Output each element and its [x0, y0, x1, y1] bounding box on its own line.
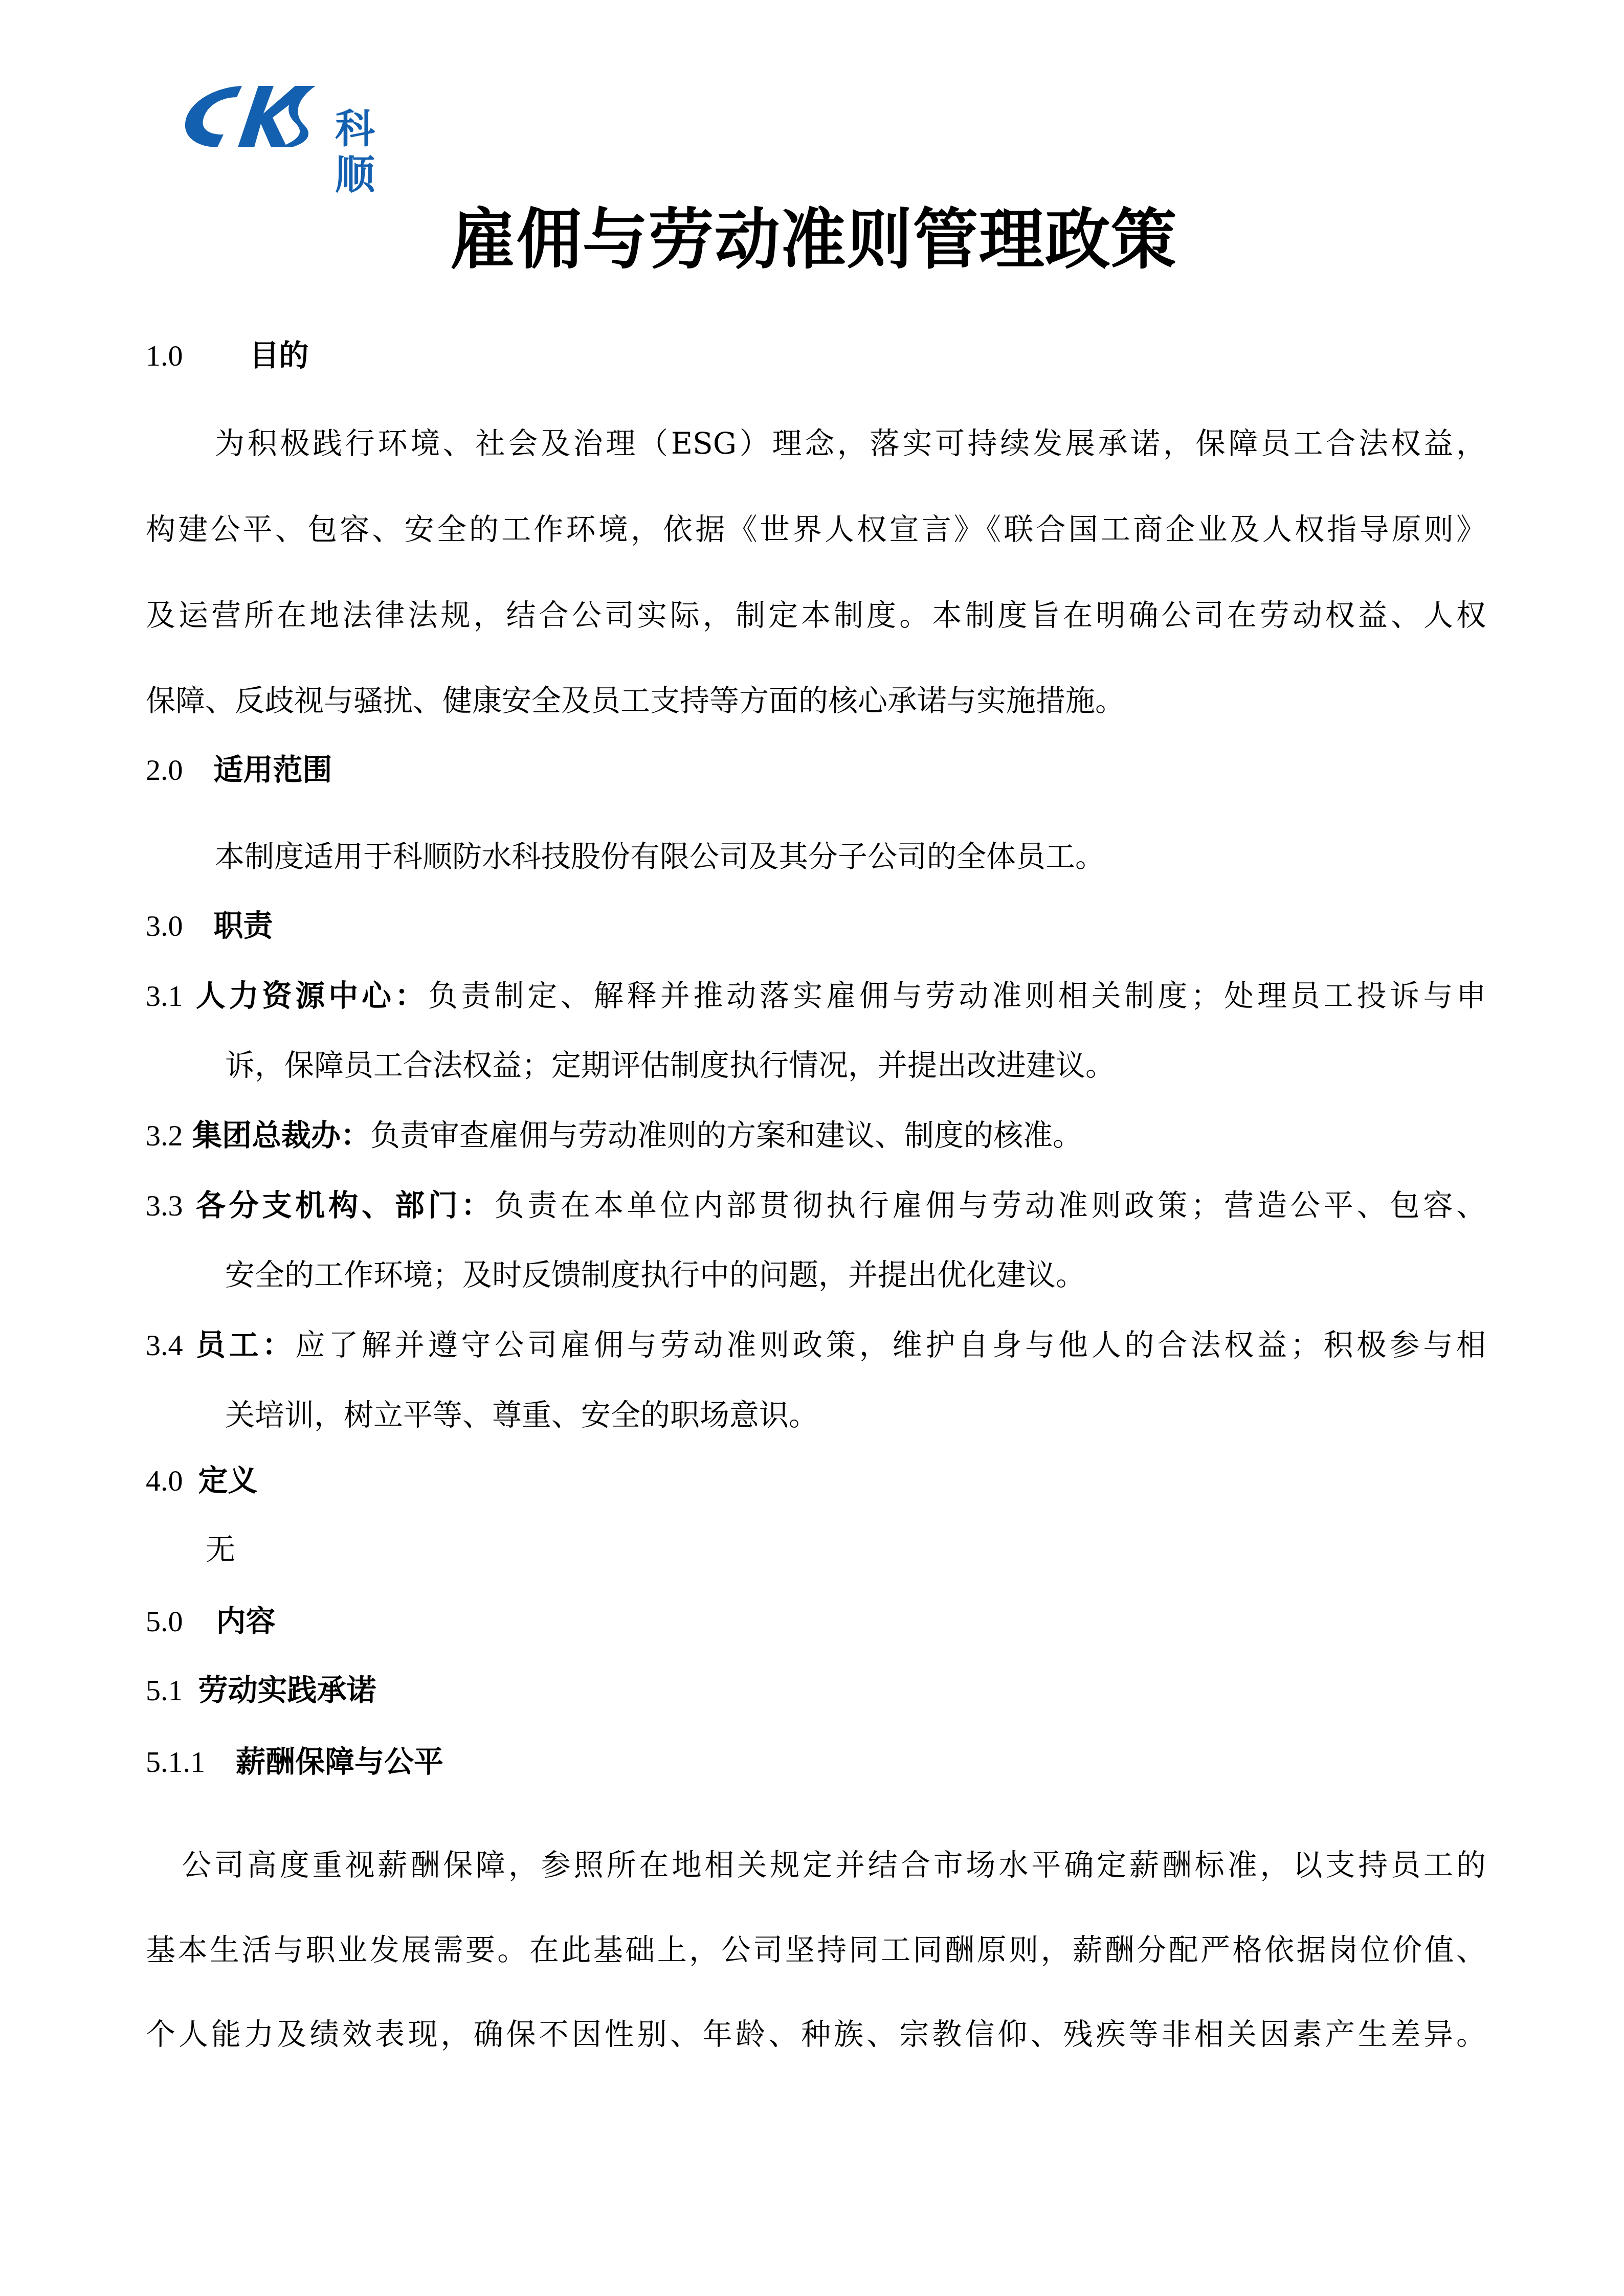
section-number: 2.0 — [146, 753, 183, 786]
section-heading-2: 2.0适用范围 — [146, 752, 332, 788]
item-label: 员工： — [196, 1327, 296, 1362]
paragraph-line: 无 — [206, 1532, 235, 1567]
item-continuation: 诉，保障员工合法权益；定期评估制度执行情况，并提出改进建议。 — [225, 1047, 1115, 1083]
paragraph-line: 为积极践行环境、社会及治理（ESG）理念，落实可持续发展承诺，保障员工合法权益， — [215, 425, 1486, 461]
company-logo: 科顺 — [182, 82, 407, 151]
document-title: 雇佣与劳动准则管理政策 — [450, 202, 1176, 279]
section-heading-1: 1.0目的 — [146, 337, 309, 374]
item-number: 3.2 — [146, 1119, 183, 1152]
section-number: 5.1.1 — [146, 1745, 205, 1779]
section-number: 1.0 — [146, 339, 183, 372]
item-label: 集团总裁办： — [192, 1118, 370, 1153]
section-title: 劳动实践承诺 — [198, 1673, 376, 1707]
item-text: 负责在本单位内部贯彻执行雇佣与劳动准则政策；营造公平、包容、 — [494, 1188, 1486, 1223]
responsibility-item-3-4: 3.4 员工：应了解并遵守公司雇佣与劳动准则政策，维护自身与他人的合法权益；积极… — [146, 1327, 1486, 1363]
paragraph-line: 公司高度重视薪酬保障，参照所在地相关规定并结合市场水平确定薪酬标准，以支持员工的 — [182, 1847, 1486, 1883]
item-number: 3.1 — [146, 979, 183, 1012]
item-text: 负责制定、解释并推动落实雇佣与劳动准则相关制度；处理员工投诉与申 — [428, 978, 1486, 1013]
section-heading-3: 3.0职责 — [146, 908, 273, 944]
section-number: 4.0 — [146, 1464, 183, 1497]
item-text: 负责审查雇佣与劳动准则的方案和建议、制度的核准。 — [370, 1118, 1082, 1153]
section-title: 职责 — [214, 908, 273, 943]
logo-chinese-text: 科顺 — [335, 106, 407, 198]
section-number: 5.1 — [146, 1674, 183, 1707]
section-number: 3.0 — [146, 909, 183, 942]
subsection-heading-5-1: 5.1劳动实践承诺 — [146, 1672, 376, 1708]
item-text: 应了解并遵守公司雇佣与劳动准则政策，维护自身与他人的合法权益；积极参与相 — [295, 1327, 1486, 1362]
paragraph-line: 构建公平、包容、安全的工作环境，依据《世界人权宣言》《联合国工商企业及人权指导原… — [146, 511, 1486, 547]
section-heading-4: 4.0定义 — [146, 1462, 258, 1499]
paragraph-line: 保障、反歧视与骚扰、健康安全及员工支持等方面的核心承诺与实施措施。 — [146, 683, 1125, 718]
paragraph-line: 及运营所在地法律法规，结合公司实际，制定本制度。本制度旨在明确公司在劳动权益、人… — [146, 597, 1486, 633]
item-label: 人力资源中心： — [196, 978, 428, 1013]
responsibility-item-3-3: 3.3 各分支机构、部门：负责在本单位内部贯彻执行雇佣与劳动准则政策；营造公平、… — [146, 1187, 1486, 1224]
section-title: 内容 — [216, 1604, 276, 1638]
paragraph-line: 本制度适用于科顺防水科技股份有限公司及其分子公司的全体员工。 — [215, 839, 1105, 874]
section-heading-5: 5.0内容 — [146, 1603, 276, 1639]
paragraph-line: 个人能力及绩效表现，确保不因性别、年龄、种族、宗教信仰、残疾等非相关因素产生差异… — [146, 2016, 1486, 2052]
item-continuation: 安全的工作环境；及时反馈制度执行中的问题，并提出优化建议。 — [225, 1257, 1085, 1293]
section-title: 薪酬保障与公平 — [236, 1744, 443, 1779]
section-title: 目的 — [250, 338, 309, 373]
item-number: 3.3 — [146, 1189, 183, 1222]
item-continuation: 关培训，树立平等、尊重、安全的职场意识。 — [225, 1397, 818, 1433]
paragraph-line: 基本生活与职业发展需要。在此基础上，公司坚持同工同酬原则，薪酬分配严格依据岗位价… — [146, 1932, 1486, 1968]
responsibility-item-3-1: 3.1 人力资源中心：负责制定、解释并推动落实雇佣与劳动准则相关制度；处理员工投… — [146, 978, 1486, 1014]
item-label: 各分支机构、部门： — [196, 1188, 495, 1223]
subsection-heading-5-1-1: 5.1.1薪酬保障与公平 — [146, 1744, 443, 1780]
section-number: 5.0 — [146, 1605, 183, 1638]
responsibility-item-3-2: 3.2 集团总裁办：负责审查雇佣与劳动准则的方案和建议、制度的核准。 — [146, 1117, 1082, 1154]
section-title: 适用范围 — [214, 752, 332, 787]
item-number: 3.4 — [146, 1329, 183, 1362]
section-title: 定义 — [198, 1463, 258, 1498]
